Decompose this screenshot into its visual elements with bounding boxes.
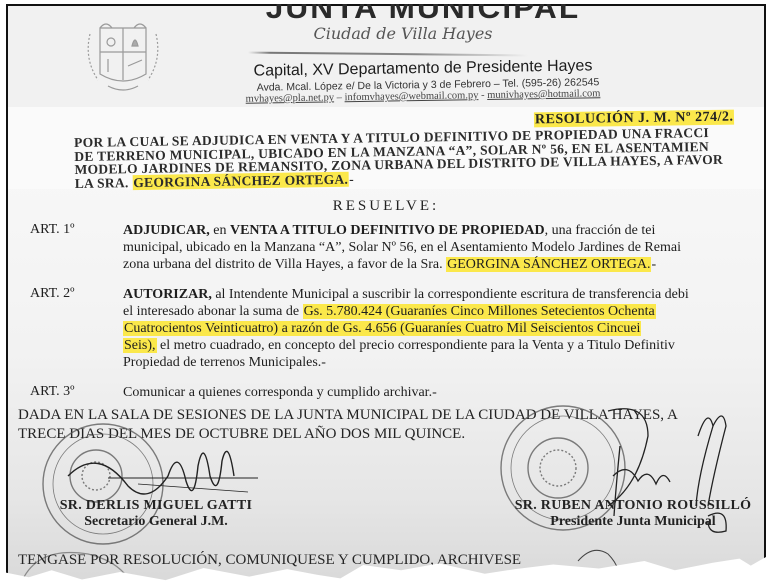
signer-role: Secretario General J.M.: [56, 514, 256, 530]
article-text: el interesado abonar la suma de: [123, 304, 303, 319]
signer-name: SR. DERLIS MIGUEL GATTI: [56, 498, 256, 514]
article-verb: AUTORIZAR,: [123, 287, 212, 302]
resuelve-heading: RESUELVE:: [8, 198, 764, 215]
signature-block-secretary: SR. DERLIS MIGUEL GATTI Secretario Gener…: [56, 498, 256, 530]
preamble-suffix: -: [349, 171, 354, 186]
beneficiary-highlight: GEORGINA SÁNCHEZ ORTEGA.: [446, 257, 651, 272]
article-text: al Intendente Municipal a suscribir la c…: [212, 287, 689, 302]
price-highlight: Seis),: [123, 338, 157, 353]
email-separator: –: [334, 92, 345, 103]
article-label: ART. 3º: [30, 384, 110, 400]
given-at-line: TRECE DIAS DEL MES DE OCTUBRE DEL AÑO DO…: [18, 425, 768, 444]
article-verb: ADJUDICAR,: [123, 223, 210, 238]
article-body: ADJUDICAR, en VENTA A TITULO DEFINITIVO …: [123, 222, 770, 273]
document-sheet: JUNTA MUNICIPAL Ciudad de Villa Hayes Ca…: [6, 4, 766, 581]
article-text: , una fracción de tei: [545, 223, 656, 238]
article-text: Propiedad de terrenos Municipales.-: [123, 354, 770, 371]
signature-block-president: SR. RUBEN ANTONIO ROUSSILLÓ Presidente J…: [513, 498, 753, 530]
price-highlight: Gs. 5.780.424 (Guaraníes Cinco Millones …: [303, 304, 656, 319]
left-signature-icon: [68, 451, 258, 494]
given-at-clause: DADA EN LA SALA DE SESIONES DE LA JUNTA …: [18, 406, 768, 444]
coat-of-arms-icon: [78, 14, 168, 94]
email-link-2[interactable]: infomvhayes@webmail.com.py: [344, 90, 478, 103]
article-label: ART. 1º: [30, 222, 110, 238]
email-link-3[interactable]: munivhayes@hotmail.com: [487, 88, 600, 101]
signer-name: SR. RUBEN ANTONIO ROUSSILLÓ: [513, 498, 753, 514]
article-label: ART. 2º: [30, 286, 110, 302]
letterhead-title: JUNTA MUNICIPAL: [250, 0, 597, 26]
preamble: POR LA CUAL SE ADJUDICA EN VENTA Y A TIT…: [74, 125, 770, 190]
letterhead-city: Ciudad de Villa Hayes: [288, 24, 518, 43]
closing-flourish-icon: [578, 550, 620, 581]
email-link-1[interactable]: mvhayes@pla.net.py: [246, 92, 335, 104]
article-body: Comunicar a quienes corresponda y cumpli…: [123, 384, 770, 401]
article-text: zona urbana del distrito de Villa Hayes,…: [123, 257, 446, 272]
preamble-prefix: LA SRA.: [75, 175, 133, 191]
article-text: -: [651, 257, 656, 272]
email-separator: -: [478, 90, 487, 101]
article-text: municipal, ubicado en la Manzana “A”, So…: [123, 239, 770, 256]
price-highlight: Cuatrocientos Veinticuatro) a razón de G…: [123, 321, 641, 336]
article-text: el metro cuadrado, en concepto del preci…: [157, 338, 675, 353]
article-body: AUTORIZAR, al Intendente Municipal a sus…: [123, 286, 770, 371]
given-at-line: DADA EN LA SALA DE SESIONES DE LA JUNTA …: [18, 406, 768, 425]
article-emphasis: VENTA A TITULO DEFINITIVO DE PROPIEDAD: [230, 223, 545, 238]
signer-role: Presidente Junta Municipal: [513, 514, 753, 530]
article-text: en: [210, 223, 230, 238]
closing-clause: TENGASE POR RESOLUCIÓN, COMUNIQUESE Y CU…: [18, 552, 521, 569]
